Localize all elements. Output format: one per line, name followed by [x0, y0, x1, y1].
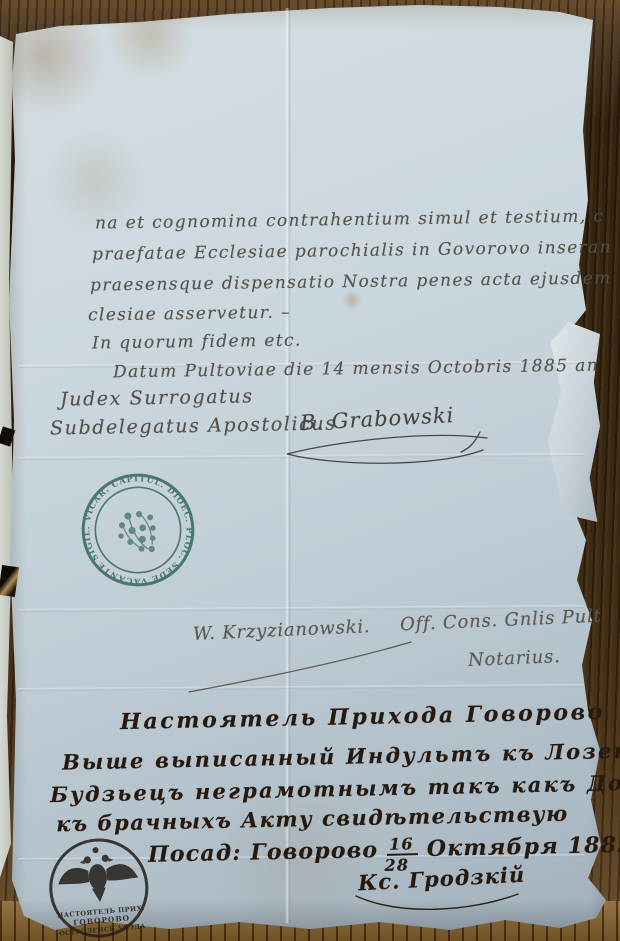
- capitular-seal-ring-text: SIGIL. VICAR. CAPITUL. DIOEC. PLOC. SEDE…: [63, 455, 212, 604]
- document-photo: na et cognomina contrahentium simul et t…: [0, 0, 620, 941]
- priest-signature-flourish: [350, 890, 525, 920]
- judex-title-line: Judex Surrogatus: [60, 387, 254, 409]
- date-place: Посад: Говорово: [148, 839, 379, 866]
- grabowski-signature-flourish: [275, 430, 495, 472]
- latin-line-5: In quorum fidem etc.: [92, 333, 302, 353]
- notary-signature-flourish: [183, 636, 418, 698]
- date-month-year: Октября 1885 года: [427, 832, 620, 860]
- svg-text:SIGIL. VICAR. CAPITUL. DIOEC.: SIGIL. VICAR. CAPITUL. DIOEC. PLOC. SEDE…: [63, 455, 212, 604]
- notarius-line: Notarius.: [468, 648, 561, 670]
- date-day-gregorian: 16: [387, 836, 418, 856]
- latin-line-4: clesiae asservetur. –: [88, 305, 291, 325]
- capitular-seal-stamp: SIGIL. VICAR. CAPITUL. DIOEC. PLOC. SEDE…: [63, 455, 212, 604]
- floral-emblem: [110, 502, 169, 562]
- parish-seal-stamp: НАСТОЯТЕЛЬ ПРИХ. ГОВОРОВО ОСТРОЛЕНСК.УѢЗ…: [34, 833, 165, 941]
